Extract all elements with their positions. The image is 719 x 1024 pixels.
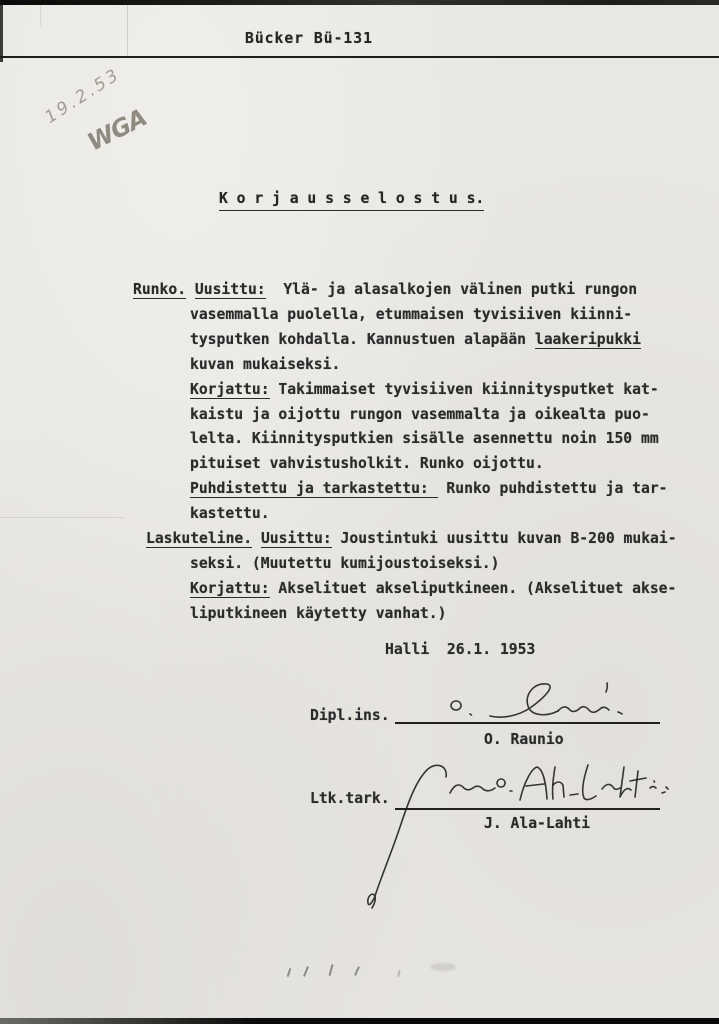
body-line: vasemmalla puolella, etummaisen tyvisiiv…	[133, 303, 693, 328]
scanned-document-page: Bücker Bü-131 19.2.53 WGA K o r j a u s …	[0, 0, 719, 1024]
body-line: lelta. Kiinnitysputkien sisälle asennett…	[133, 427, 693, 452]
body-line: kuvan mukaiseksi.	[133, 353, 693, 378]
body-line: kaistu ja oijottu rungon vasemmalta ja o…	[133, 403, 693, 428]
aircraft-model-header: Bücker Bü-131	[245, 30, 373, 47]
bleedthrough-mark	[354, 966, 360, 976]
bleedthrough-mark	[287, 968, 292, 977]
signature-typed-name: J. Ala-Lahti	[484, 815, 590, 832]
body-lines: Runko. Uusittu: Ylä- ja alasalkojen väli…	[133, 278, 693, 627]
ala-lahti-handwritten-signature	[350, 755, 670, 915]
body-line: tysputken kohdalla. Kannustuen alapään l…	[133, 328, 693, 353]
bleedthrough-mark	[397, 970, 400, 977]
header-rule	[0, 56, 719, 58]
signature-line	[395, 722, 660, 724]
body-line: Runko. Uusittu: Ylä- ja alasalkojen väli…	[133, 278, 693, 303]
scan-edge-bottom	[0, 1018, 719, 1024]
body-line: Laskuteline. Uusittu: Joustintuki uusitt…	[133, 527, 693, 552]
pencil-handwritten-initials: WGA	[83, 104, 151, 157]
signature-line	[395, 808, 660, 810]
bleedthrough-mark	[328, 964, 333, 976]
body-line: Puhdistettu ja tarkastettu: Runko puhdis…	[133, 477, 693, 502]
paper-fold-crease	[0, 517, 125, 518]
body-line: kastettu.	[133, 502, 693, 527]
document-title: K o r j a u s s e l o s t u s.	[219, 190, 484, 211]
body-line: liputkineen käytetty vanhat.)	[133, 602, 693, 627]
body-line: Korjattu: Takimmaiset tyvisiiven kiinnit…	[133, 378, 693, 403]
body-line: seksi. (Muutettu kumijoustoiseksi.)	[133, 552, 693, 577]
scan-edge-top	[0, 0, 719, 5]
signature-typed-name: O. Raunio	[484, 731, 564, 748]
place-and-date-line: Halli 26.1. 1953	[385, 641, 535, 658]
body-line: pituiset vahvistusholkit. Runko oijottu.	[133, 452, 693, 477]
signature-role-label: Dipl.ins.	[310, 707, 390, 724]
paper-crease	[127, 0, 128, 57]
scan-edge-left	[0, 0, 3, 62]
bleedthrough-mark	[303, 966, 309, 977]
paper-crease	[40, 0, 41, 26]
ink-smudge	[430, 963, 456, 971]
body-line: Korjattu: Akselituet akseliputkineen. (A…	[133, 577, 693, 602]
